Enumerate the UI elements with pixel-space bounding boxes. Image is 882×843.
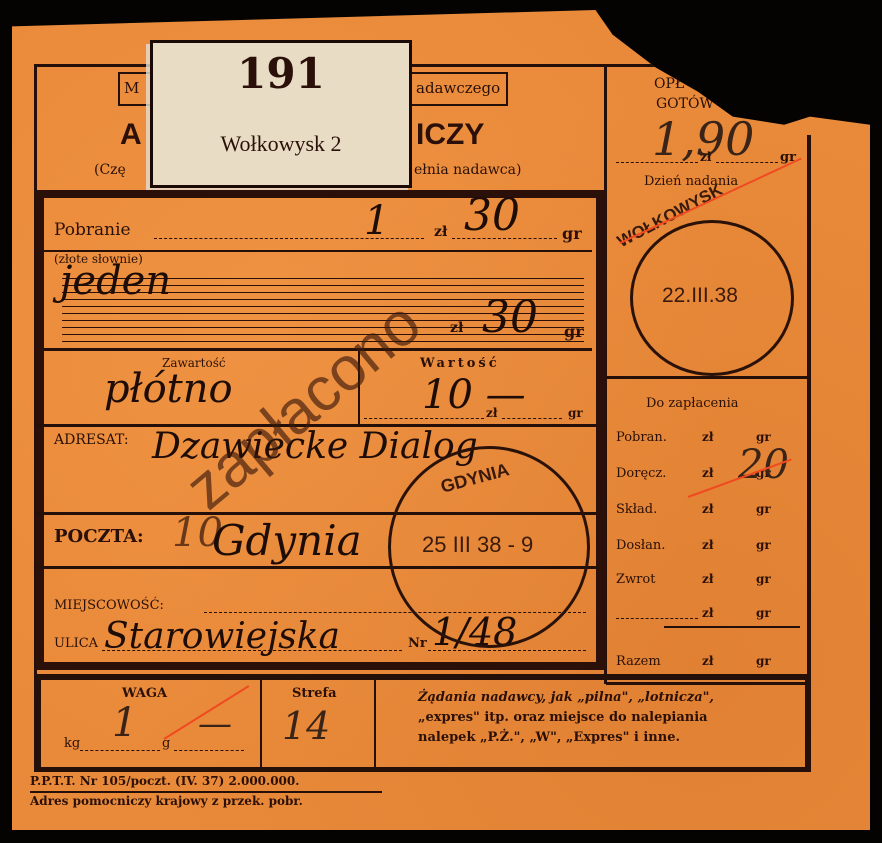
rule [260, 678, 262, 770]
cod-zl-label: zł [434, 224, 447, 240]
print-info: P.P.T.T. Nr 105/poczt. (IV. 37) 2.000.00… [30, 774, 299, 788]
origin-postmark-date: 22.III.38 [662, 284, 738, 308]
kg-value: 1 [112, 700, 137, 746]
zone-label: Strefa [292, 686, 337, 701]
postage-gr-dots [716, 162, 778, 163]
payment-row-gr: gr [756, 538, 771, 552]
subtitle-right: ełnia nadawca) [414, 162, 521, 178]
payment-row-label: Pobran. [616, 430, 667, 445]
contents-value: płótno [104, 366, 233, 412]
payment-row-zl: zł [702, 538, 713, 552]
rule [606, 376, 808, 379]
dest-postmark-date: 25 III 38 - 9 [422, 532, 533, 558]
cod-zl-value: 1 [364, 198, 389, 244]
subtitle-left: (Czę [94, 162, 126, 178]
payment-row-zl: zł [702, 572, 713, 586]
payment-row-label: Doręcz. [616, 466, 666, 481]
payment-row-gr: gr [756, 606, 771, 620]
ulica-label: ULICA [54, 636, 98, 651]
value-amount: 10 — [422, 372, 526, 418]
rule [664, 626, 800, 628]
office-name: Wołkowysk 2 [153, 131, 409, 157]
postage-heading-2: GOTÓW [656, 96, 714, 112]
adresat-label: ADRESAT: [54, 432, 129, 448]
requests-line-1: Żądania nadawcy, jak „pilna", „lotnicza"… [418, 690, 714, 705]
requests-line-2: „expres" itp. oraz miejsce do nalepiania [418, 710, 708, 725]
total-zl: zł [702, 654, 713, 668]
zone-value: 14 [282, 704, 330, 748]
rule [30, 791, 382, 793]
postage-heading-1: OPŁ [654, 76, 684, 92]
payment-heading: Do zapłacenia [646, 396, 739, 411]
cod-words-gr-value: 30 [482, 292, 538, 343]
payment-row-label: Zwrot [616, 572, 655, 587]
g-value: — [198, 704, 232, 744]
total-label: Razem [616, 654, 661, 669]
weight-label: WAGA [122, 686, 167, 701]
payment-row-gr: gr [756, 502, 771, 516]
ulica-dots [102, 650, 402, 651]
kg-dots [80, 750, 160, 751]
total-gr: gr [756, 654, 771, 668]
delivery-fee-value: 20 [738, 442, 789, 488]
parcel-card: M adawczego A ICZY (Czę ełnia nadawca) 1… [12, 10, 870, 830]
kg-label: kg [64, 736, 80, 751]
payment-row-zl: zł [702, 502, 713, 516]
value-gr-dots [502, 418, 562, 419]
blank-row-dots [616, 618, 698, 619]
g-dots [174, 750, 244, 751]
payment-row-label: Skład. [616, 502, 657, 517]
title-left: A [120, 118, 142, 152]
office-number: 191 [153, 49, 409, 98]
miejscowosc-label: MIEJSCOWOŚĆ: [54, 598, 164, 613]
cod-words-value: jeden [60, 258, 171, 304]
payment-row-zl: zł [702, 606, 713, 620]
payment-row-zl: zł [702, 466, 713, 480]
cod-label: Pobranie [54, 220, 131, 240]
postage-zl-dots [616, 162, 698, 163]
poczta-label: POCZTA: [54, 526, 144, 547]
nr-label: Nr [408, 636, 427, 651]
value-gr: gr [568, 406, 583, 420]
date-label: Dzień nadania [644, 174, 738, 189]
value-zl-dots [364, 418, 484, 419]
requests-line-3: nalepek „P.Ż.", „W", „Expres" i inne. [418, 730, 680, 745]
form-name: Adres pomocniczy krajowy z przek. pobr. [30, 794, 303, 808]
value-zl: zł [486, 406, 497, 420]
cod-gr-label: gr [562, 224, 582, 243]
payment-row-label: Dosłan. [616, 538, 665, 553]
rule [374, 678, 376, 770]
header-box-right: adawczego [416, 79, 500, 97]
header-box-left: M [124, 79, 139, 97]
poczta-value: Gdynia [212, 516, 362, 565]
payment-row-gr: gr [756, 572, 771, 586]
cod-gr-value: 30 [464, 190, 520, 241]
payment-row-zl: zł [702, 430, 713, 444]
cod-words-gr: gr [564, 322, 584, 341]
office-label: 191 Wołkowysk 2 [150, 40, 412, 188]
title-right: ICZY [416, 118, 484, 152]
value-label: Wartość [420, 356, 500, 371]
cod-words-zl: zł [450, 320, 463, 336]
postage-zl: zł [700, 150, 711, 164]
